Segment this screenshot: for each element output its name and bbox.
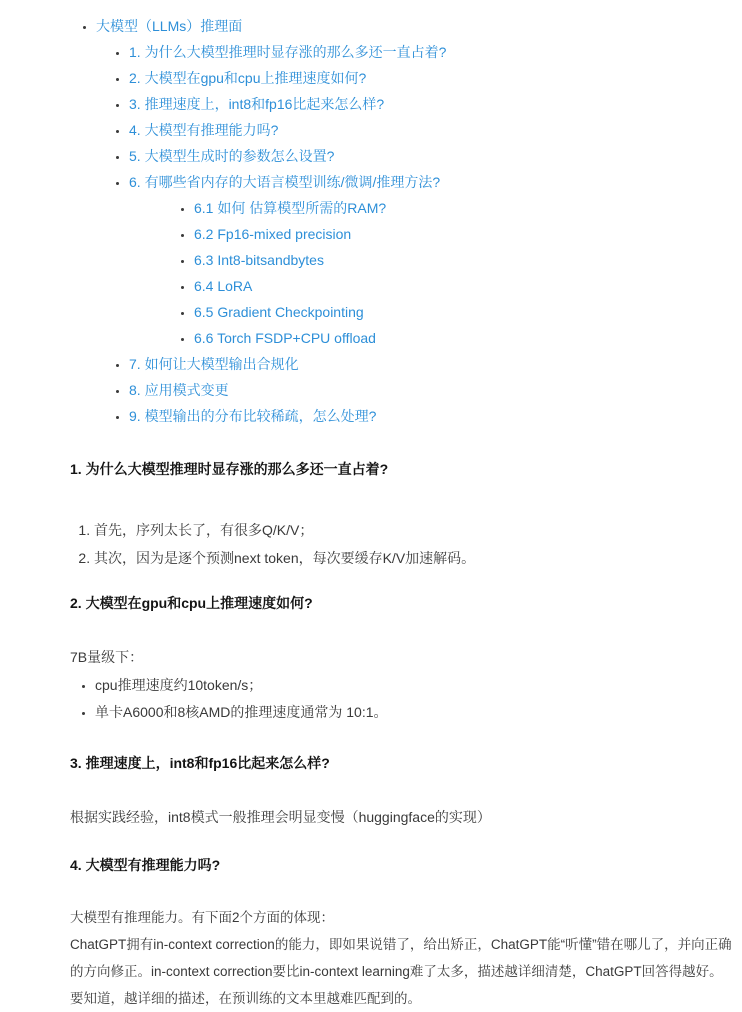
toc-link-4[interactable]: 4. 大模型有推理能力吗? (129, 122, 278, 138)
toc-item-root: 大模型（LLMs）推理面 1. 为什么大模型推理时显存涨的那么多还一直占着? 2… (96, 13, 742, 429)
toc-item: 6.2 Fp16-mixed precision (194, 221, 742, 247)
toc-level-3: 6.1 如何 估算模型所需的RAM? 6.2 Fp16-mixed precis… (129, 195, 742, 351)
section-1-heading: 1. 为什么大模型推理时显存涨的那么多还一直占着? (70, 460, 706, 478)
toc-link-root[interactable]: 大模型（LLMs）推理面 (96, 18, 242, 34)
toc-link-2[interactable]: 2. 大模型在gpu和cpu上推理速度如何? (129, 70, 366, 86)
section-1-ordered-list: 首先，序列太长了，有很多Q/K/V； 其次，因为是逐个预测next token，… (70, 516, 706, 572)
toc-link-5[interactable]: 5. 大模型生成时的参数怎么设置? (129, 148, 334, 164)
toc-link-3[interactable]: 3. 推理速度上，int8和fp16比起来怎么样? (129, 96, 384, 112)
toc-link-8[interactable]: 8. 应用模式变更 (129, 382, 229, 398)
toc-item: 3. 推理速度上，int8和fp16比起来怎么样? (129, 91, 742, 117)
section-2-heading: 2. 大模型在gpu和cpu上推理速度如何? (70, 594, 706, 612)
toc-link-6[interactable]: 6. 有哪些省内存的大语言模型训练/微调/推理方法? (129, 174, 440, 190)
section-4-paragraph: 大模型有推理能力。有下面2个方面的体现： ChatGPT拥有in-context… (70, 904, 706, 1012)
toc-item: 6.4 LoRA (194, 273, 742, 299)
article-content: 1. 为什么大模型推理时显存涨的那么多还一直占着? 首先，序列太长了，有很多Q/… (0, 460, 742, 1012)
toc-item: 6.5 Gradient Checkpointing (194, 299, 742, 325)
toc-link-6-5[interactable]: 6.5 Gradient Checkpointing (194, 304, 364, 320)
toc-link-6-3[interactable]: 6.3 Int8-bitsandbytes (194, 252, 324, 268)
ordered-list-item: 其次，因为是逐个预测next token，每次要缓存K/V加速解码。 (94, 544, 706, 572)
toc-item: 5. 大模型生成时的参数怎么设置? (129, 143, 742, 169)
paragraph-line: ChatGPT拥有in-context correction的能力，即如果说错了… (70, 931, 706, 958)
section-4-heading: 4. 大模型有推理能力吗? (70, 856, 706, 874)
toc-link-7[interactable]: 7. 如何让大模型输出合规化 (129, 356, 299, 372)
toc-link-6-4[interactable]: 6.4 LoRA (194, 278, 252, 294)
toc-link-6-2[interactable]: 6.2 Fp16-mixed precision (194, 226, 351, 242)
bullet-list-item: 单卡A6000和8核AMD的推理速度通常为 10:1。 (95, 699, 706, 726)
document-page: 大模型（LLMs）推理面 1. 为什么大模型推理时显存涨的那么多还一直占着? 2… (0, 0, 742, 1012)
toc-item: 6.1 如何 估算模型所需的RAM? (194, 195, 742, 221)
table-of-contents: 大模型（LLMs）推理面 1. 为什么大模型推理时显存涨的那么多还一直占着? 2… (0, 13, 742, 429)
paragraph-line: 要知道，越详细的描述，在预训练的文本里越难匹配到的。 (70, 985, 706, 1012)
toc-item: 6.6 Torch FSDP+CPU offload (194, 325, 742, 351)
ordered-list-item: 首先，序列太长了，有很多Q/K/V； (94, 516, 706, 544)
section-3-heading: 3. 推理速度上，int8和fp16比起来怎么样? (70, 754, 706, 772)
toc-item: 9. 模型输出的分布比较稀疏，怎么处理? (129, 403, 742, 429)
toc-link-6-6[interactable]: 6.6 Torch FSDP+CPU offload (194, 330, 376, 346)
paragraph-line: 大模型有推理能力。有下面2个方面的体现： (70, 904, 706, 931)
toc-item: 4. 大模型有推理能力吗? (129, 117, 742, 143)
toc-item: 7. 如何让大模型输出合规化 (129, 351, 742, 377)
toc-level-2: 1. 为什么大模型推理时显存涨的那么多还一直占着? 2. 大模型在gpu和cpu… (96, 39, 742, 429)
section-3-paragraph: 根据实践经验，int8模式一般推理会明显变慢（huggingface的实现） (70, 804, 706, 830)
paragraph-line: 的方向修正。in-context correction要比in-context … (70, 958, 706, 985)
toc-item: 2. 大模型在gpu和cpu上推理速度如何? (129, 65, 742, 91)
bullet-list-item: cpu推理速度约10token/s； (95, 672, 706, 699)
toc-item: 6. 有哪些省内存的大语言模型训练/微调/推理方法? 6.1 如何 估算模型所需… (129, 169, 742, 351)
toc-link-6-1[interactable]: 6.1 如何 估算模型所需的RAM? (194, 200, 386, 216)
toc-link-1[interactable]: 1. 为什么大模型推理时显存涨的那么多还一直占着? (129, 44, 446, 60)
toc-item: 1. 为什么大模型推理时显存涨的那么多还一直占着? (129, 39, 742, 65)
section-2-bullet-list: cpu推理速度约10token/s； 单卡A6000和8核AMD的推理速度通常为… (70, 672, 706, 726)
toc-item: 6.3 Int8-bitsandbytes (194, 247, 742, 273)
section-2-intro: 7B量级下： (70, 644, 706, 670)
toc-link-9[interactable]: 9. 模型输出的分布比较稀疏，怎么处理? (129, 408, 376, 424)
toc-item: 8. 应用模式变更 (129, 377, 742, 403)
